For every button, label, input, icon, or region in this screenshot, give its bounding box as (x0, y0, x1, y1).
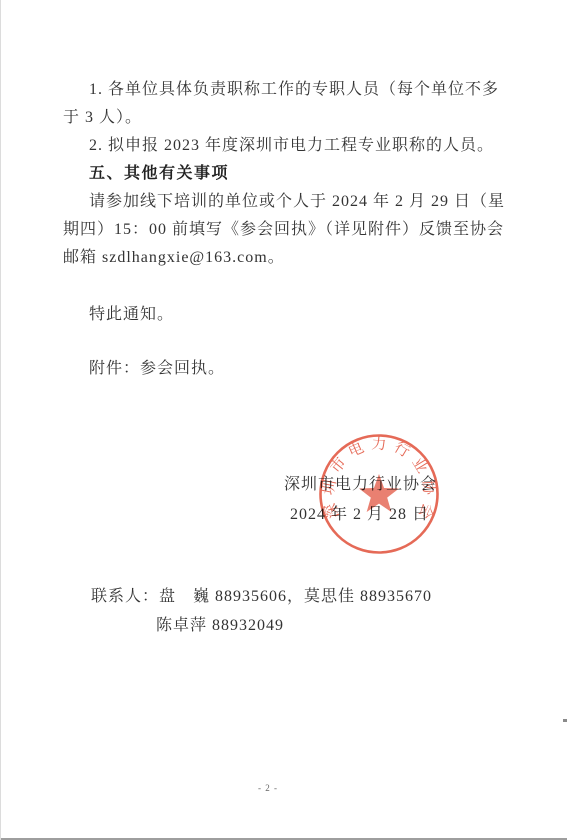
body-line-training2: 期四）15：00 前填写《参会回执》（详见附件）反馈至协会 (63, 221, 504, 239)
body-line-item1: 1. 各单位具体负责职称工作的专职人员（每个单位不多 (89, 81, 499, 99)
page-number: - 2 - (258, 783, 278, 793)
body-line-item2: 2. 拟申报 2023 年度深圳市电力工程专业职称的人员。 (89, 137, 494, 155)
scan-edge-artifact (563, 719, 567, 722)
contact-line-2: 陈卓萍 88932049 (156, 617, 284, 635)
body-line-attachment: 附件：参会回执。 (89, 360, 225, 378)
heading-other-matters: 五、其他有关事项 (89, 165, 229, 183)
signature-date: 2024 年 2 月 28 日 (290, 506, 429, 524)
body-line-email: 邮箱 szdlhangxie@163.com。 (63, 249, 285, 267)
body-line-notice: 特此通知。 (89, 306, 174, 324)
signature-org: 深圳市电力行业协会 (284, 476, 437, 494)
contact-line-1: 联系人：盘 巍 88935606，莫思佳 88935670 (91, 588, 432, 606)
body-line-item1-cont: 于 3 人）。 (63, 109, 142, 127)
body-line-training1: 请参加线下培训的单位或个人于 2024 年 2 月 29 日（星 (89, 193, 505, 211)
document-page: 1. 各单位具体负责职称工作的专职人员（每个单位不多 于 3 人）。 2. 拟申… (0, 0, 567, 840)
